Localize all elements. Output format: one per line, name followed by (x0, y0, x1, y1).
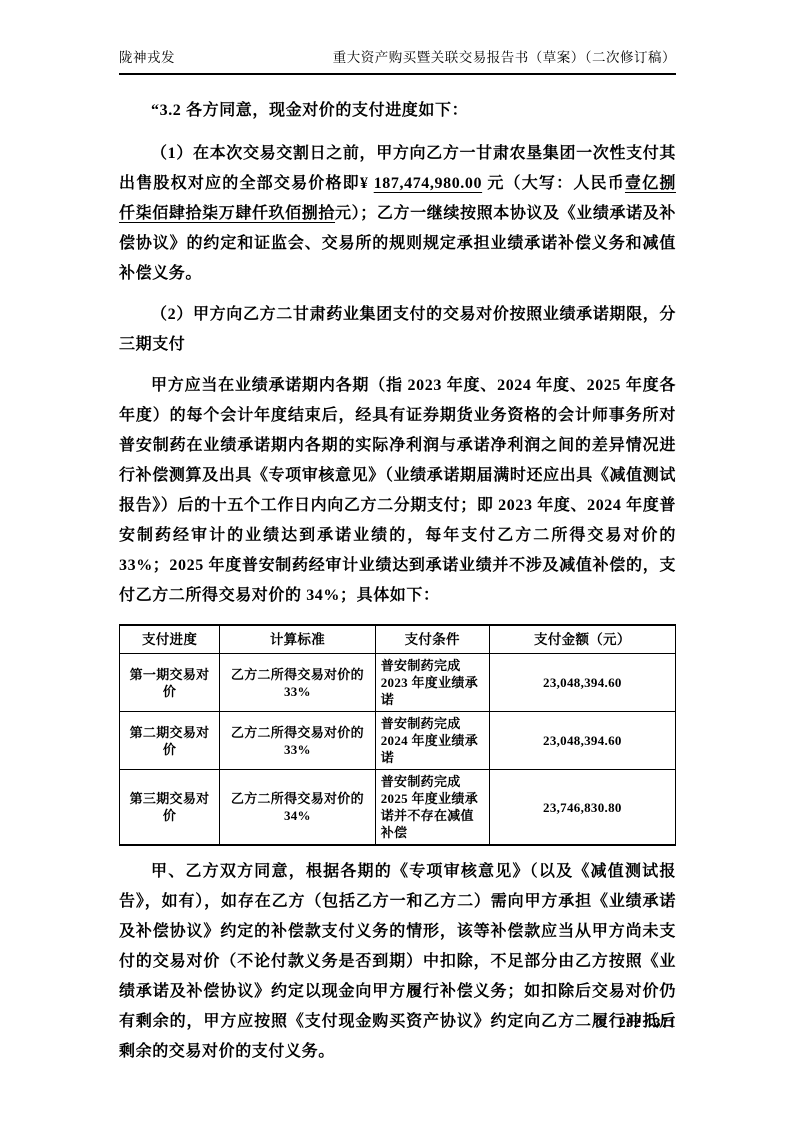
document-page: 陇神戎发 重大资产购买暨关联交易报告书（草案）（二次修订稿） “3.2 各方同意… (0, 0, 793, 1122)
paragraph-3: 甲方应当在业绩承诺期内各期（指 2023 年度、2024 年度、2025 年度各… (119, 371, 676, 611)
column-header-standard: 计算标准 (220, 625, 376, 654)
column-header-stage: 支付进度 (120, 625, 220, 654)
cell-stage: 第二期交易对价 (120, 712, 220, 770)
cell-amount: 23,746,830.80 (489, 770, 675, 846)
cell-condition: 普安制药完成 2025 年度业绩承诺并不存在减值补偿 (375, 770, 489, 846)
cell-standard: 乙方二所得交易对价的 33% (220, 654, 376, 712)
cell-amount: 23,048,394.60 (489, 654, 675, 712)
paragraph-1: （1）在本次交易交割日之前，甲方向乙方一甘肃农垦集团一次性支付其出售股权对应的全… (119, 139, 676, 289)
payment-schedule-table: 支付进度 计算标准 支付条件 支付金额（元） 第一期交易对价 乙方二所得交易对价… (119, 624, 676, 846)
table-row: 第三期交易对价 乙方二所得交易对价的 34% 普安制药完成 2025 年度业绩承… (120, 770, 676, 846)
paragraph-1-text: 元（大写：人民币 (482, 175, 625, 192)
paragraph-2: （2）甲方向乙方二甘肃药业集团支付的交易对价按照业绩承诺期限，分三期支付 (119, 300, 676, 360)
paragraph-intro: “3.2 各方同意，现金对价的支付进度如下： (119, 96, 676, 126)
cell-stage: 第一期交易对价 (120, 654, 220, 712)
cell-condition: 普安制药完成 2023 年度业绩承诺 (375, 654, 489, 712)
transaction-amount-figure: 187,474,980.00 (374, 175, 482, 192)
cell-amount: 23,048,394.60 (489, 712, 675, 770)
page-number: 232 / 371 (619, 1016, 676, 1032)
column-header-condition: 支付条件 (375, 625, 489, 654)
cell-standard: 乙方二所得交易对价的 34% (220, 770, 376, 846)
document-content: “3.2 各方同意，现金对价的支付进度如下： （1）在本次交易交割日之前，甲方向… (119, 96, 676, 1067)
paragraph-4: 甲、乙方双方同意，根据各期的《专项审核意见》（以及《减值测试报告》，如有），如存… (119, 857, 676, 1067)
cell-stage: 第三期交易对价 (120, 770, 220, 846)
table-row: 第一期交易对价 乙方二所得交易对价的 33% 普安制药完成 2023 年度业绩承… (120, 654, 676, 712)
header-left-text: 陇神戎发 (119, 46, 175, 66)
page-header: 陇神戎发 重大资产购买暨关联交易报告书（草案）（二次修订稿） (119, 46, 676, 75)
column-header-amount: 支付金额（元） (489, 625, 675, 654)
table-header-row: 支付进度 计算标准 支付条件 支付金额（元） (120, 625, 676, 654)
table-row: 第二期交易对价 乙方二所得交易对价的 33% 普安制药完成 2024 年度业绩承… (120, 712, 676, 770)
cell-standard: 乙方二所得交易对价的 33% (220, 712, 376, 770)
cell-condition: 普安制药完成 2024 年度业绩承诺 (375, 712, 489, 770)
header-right-text: 重大资产购买暨关联交易报告书（草案）（二次修订稿） (333, 46, 676, 66)
